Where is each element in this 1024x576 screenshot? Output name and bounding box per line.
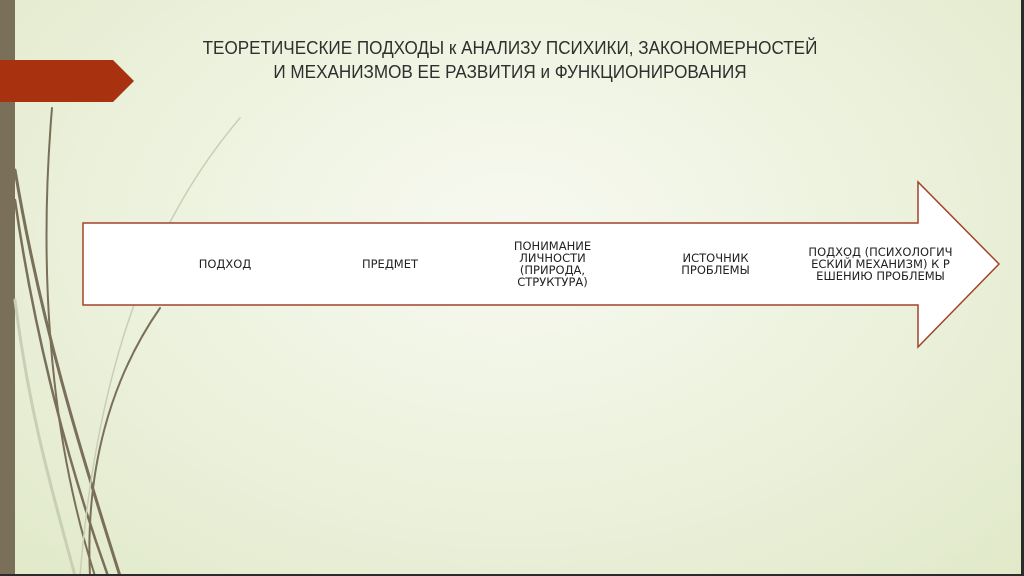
- arrow-step-subject: ПРЕДМЕТ: [335, 223, 445, 305]
- arrow-step-personality: ПОНИМАНИЕ ЛИЧНОСТИ (ПРИРОДА, СТРУКТУРА): [500, 223, 605, 305]
- arrow-step-solution: ПОДХОД (ПСИХОЛОГИЧЕСКИЙ МЕХАНИЗМ) К РЕШЕ…: [808, 223, 953, 305]
- arrow-step-approach: ПОДХОД: [170, 223, 280, 305]
- arrow-step-problem-source: ИСТОЧНИК ПРОБЛЕМЫ: [668, 223, 763, 305]
- slide: ТЕОРЕТИЧЕСКИЕ ПОДХОДЫ к АНАЛИЗУ ПСИХИКИ,…: [0, 0, 1021, 574]
